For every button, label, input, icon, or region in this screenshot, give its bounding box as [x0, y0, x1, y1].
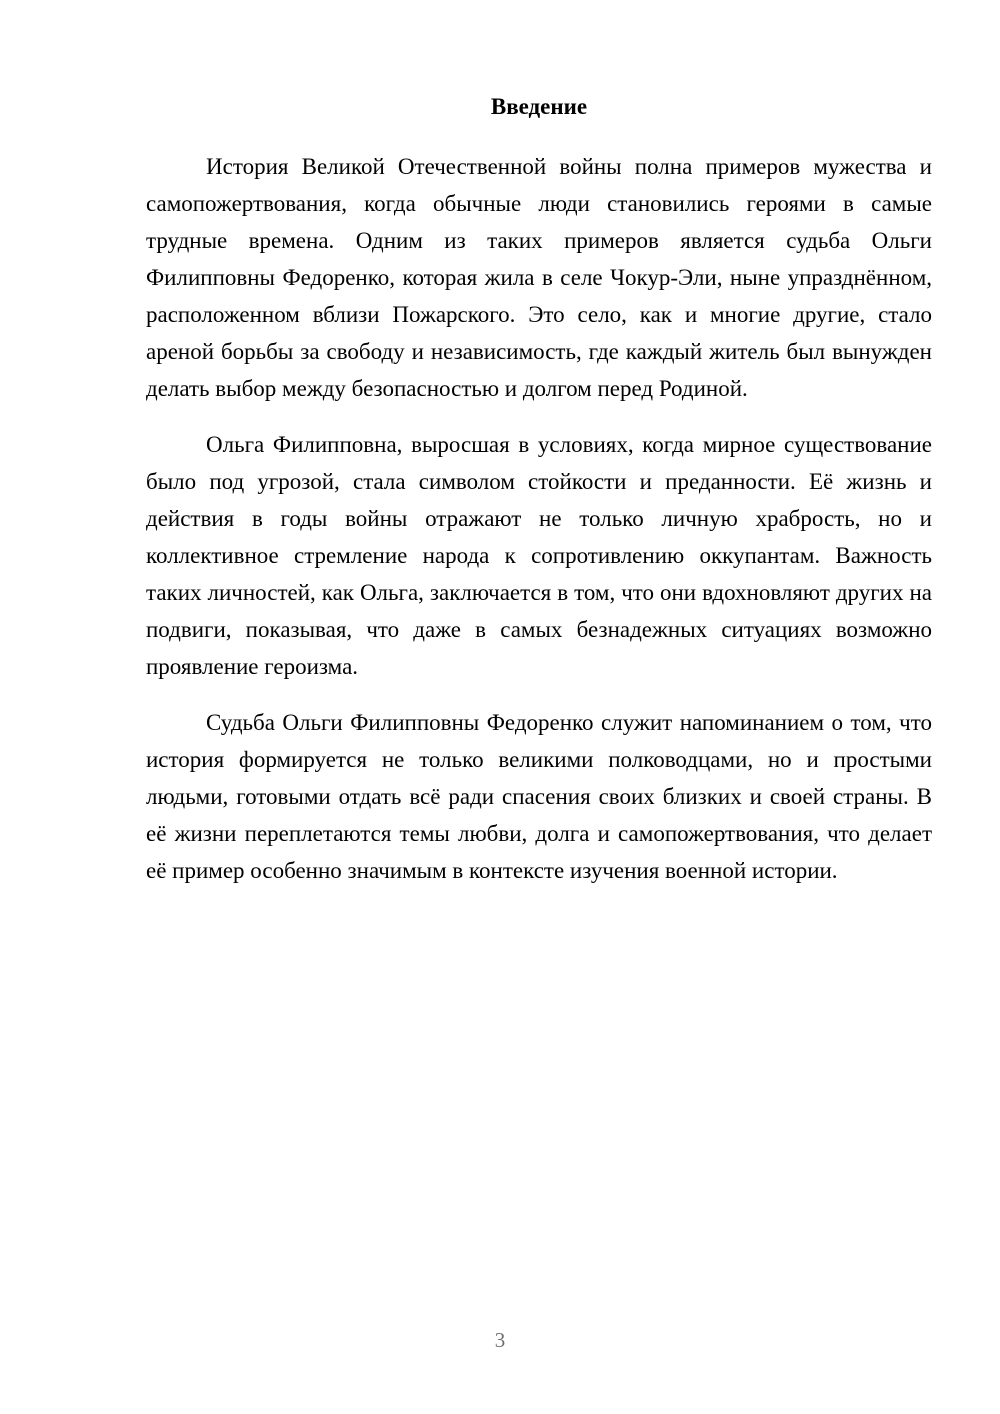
section-heading: Введение — [146, 88, 932, 125]
paragraph-intro-1: История Великой Отечественной войны полн… — [146, 148, 932, 407]
document-page: Введение История Великой Отечественной в… — [0, 0, 1000, 1414]
page-number: 3 — [0, 1326, 1000, 1354]
paragraph-intro-2: Ольга Филипповна, выросшая в условиях, к… — [146, 426, 932, 685]
paragraph-intro-3: Судьба Ольги Филипповны Федоренко служит… — [146, 704, 932, 889]
document-body: Введение История Великой Отечественной в… — [146, 88, 932, 908]
